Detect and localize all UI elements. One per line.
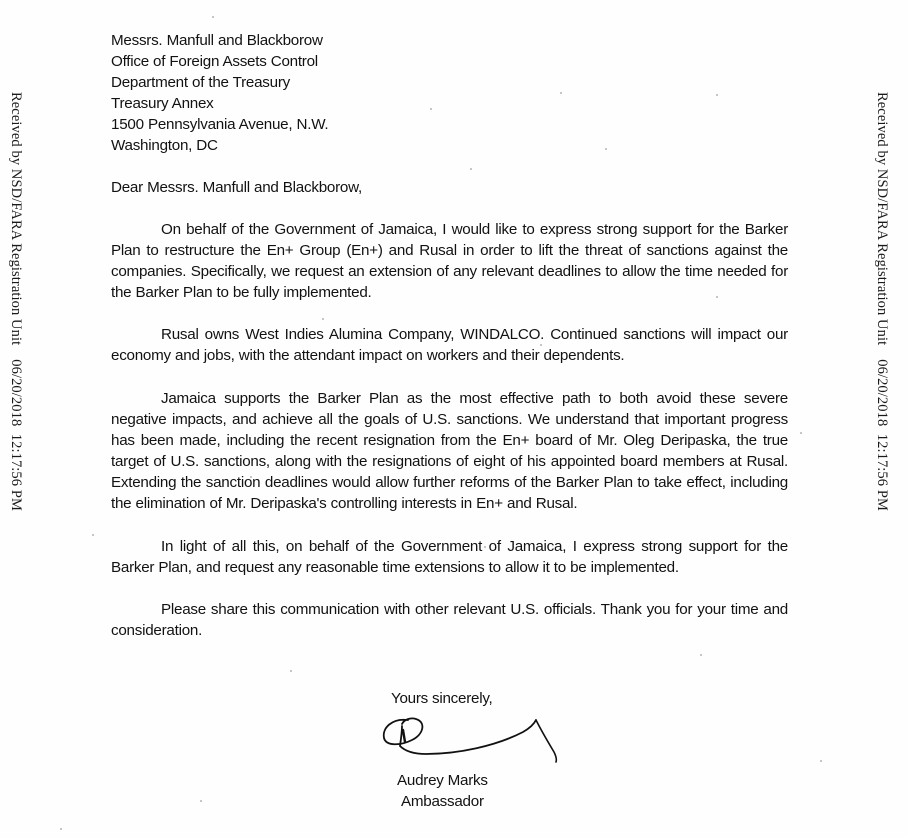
signer-name: Audrey Marks bbox=[397, 770, 488, 791]
signature-icon bbox=[378, 712, 568, 772]
stamp-label: Received by NSD/FARA Registration Unit bbox=[8, 92, 24, 345]
address-line: Office of Foreign Assets Control bbox=[111, 51, 788, 72]
right-registration-stamp: Received by NSD/FARA Registration Unit06… bbox=[874, 92, 890, 538]
stamp-date: 06/20/2018 bbox=[8, 359, 24, 426]
closing: Yours sincerely, bbox=[391, 690, 493, 707]
body-paragraph: Please share this communication with oth… bbox=[111, 599, 788, 641]
body-paragraph: Rusal owns West Indies Alumina Company, … bbox=[111, 324, 788, 366]
body-paragraph: In light of all this, on behalf of the G… bbox=[111, 536, 788, 578]
recipient-address: Messrs. Manfull and Blackborow Office of… bbox=[111, 30, 788, 156]
salutation: Dear Messrs. Manfull and Blackborow, bbox=[111, 177, 788, 198]
stamp-text: Received by NSD/FARA Registration Unit06… bbox=[874, 92, 890, 511]
scanned-page: Received by NSD/FARA Registration Unit06… bbox=[0, 0, 908, 838]
signer-block: Audrey Marks Ambassador bbox=[397, 770, 488, 812]
letter-body: Messrs. Manfull and Blackborow Office of… bbox=[111, 30, 788, 641]
address-line: Treasury Annex bbox=[111, 93, 788, 114]
address-line: 1500 Pennsylvania Avenue, N.W. bbox=[111, 114, 788, 135]
body-paragraph: Jamaica supports the Barker Plan as the … bbox=[111, 388, 788, 514]
address-line: Department of the Treasury bbox=[111, 72, 788, 93]
address-line: Messrs. Manfull and Blackborow bbox=[111, 30, 788, 51]
address-line: Washington, DC bbox=[111, 135, 788, 156]
left-registration-stamp: Received by NSD/FARA Registration Unit06… bbox=[8, 92, 24, 538]
signer-title: Ambassador bbox=[397, 791, 488, 812]
stamp-time: 12:17:56 PM bbox=[8, 434, 24, 511]
body-paragraph: On behalf of the Government of Jamaica, … bbox=[111, 219, 788, 303]
stamp-text: Received by NSD/FARA Registration Unit06… bbox=[8, 92, 24, 511]
stamp-time: 12:17:56 PM bbox=[874, 434, 890, 511]
stamp-label: Received by NSD/FARA Registration Unit bbox=[874, 92, 890, 345]
stamp-date: 06/20/2018 bbox=[874, 359, 890, 426]
